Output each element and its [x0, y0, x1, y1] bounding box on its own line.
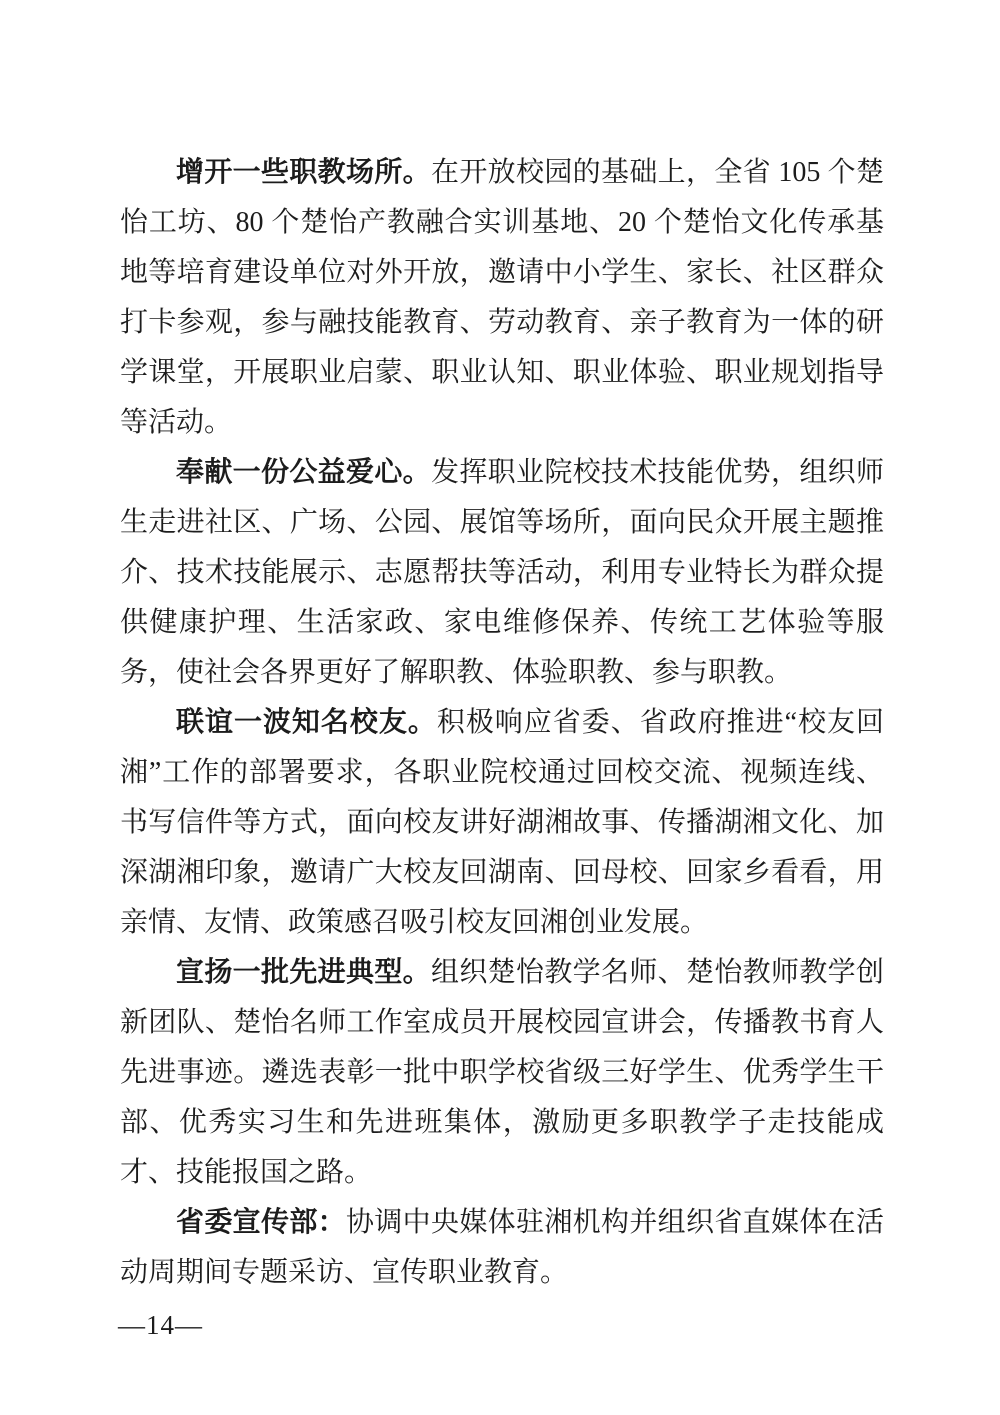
paragraph: 宣扬一批先进典型。组织楚怡教学名师、楚怡教师教学创新团队、楚怡名师工作室成员开展… — [120, 948, 884, 1198]
paragraph-text: 发挥职业院校技术技能优势，组织师生走进社区、广场、公园、展馆等场所，面向民众开展… — [120, 457, 884, 688]
document-body: 增开一些职教场所。在开放校园的基础上，全省 105 个楚怡工坊、80 个楚怡产教… — [120, 148, 884, 1298]
document-page: 增开一些职教场所。在开放校园的基础上，全省 105 个楚怡工坊、80 个楚怡产教… — [0, 0, 1000, 1415]
paragraph-lead: 增开一些职教场所。 — [176, 157, 431, 188]
paragraph-lead: 省委宣传部： — [176, 1207, 346, 1238]
paragraph-text: 组织楚怡教学名师、楚怡教师教学创新团队、楚怡名师工作室成员开展校园宣讲会，传播教… — [120, 957, 884, 1188]
paragraph-lead: 联谊一波知名校友。 — [176, 707, 437, 738]
paragraph-lead: 宣扬一批先进典型。 — [176, 957, 431, 988]
paragraph: 奉献一份公益爱心。发挥职业院校技术技能优势，组织师生走进社区、广场、公园、展馆等… — [120, 448, 884, 698]
paragraph: 联谊一波知名校友。积极响应省委、省政府推进“校友回湘”工作的部署要求，各职业院校… — [120, 698, 884, 948]
paragraph-text: 在开放校园的基础上，全省 105 个楚怡工坊、80 个楚怡产教融合实训基地、20… — [120, 157, 884, 438]
paragraph-lead: 奉献一份公益爱心。 — [176, 457, 431, 488]
page-number: —14— — [118, 1310, 203, 1341]
paragraph: 省委宣传部：协调中央媒体驻湘机构并组织省直媒体在活动周期间专题采访、宣传职业教育… — [120, 1198, 884, 1298]
paragraph-text: 积极响应省委、省政府推进“校友回湘”工作的部署要求，各职业院校通过回校交流、视频… — [120, 707, 884, 938]
paragraph: 增开一些职教场所。在开放校园的基础上，全省 105 个楚怡工坊、80 个楚怡产教… — [120, 148, 884, 448]
